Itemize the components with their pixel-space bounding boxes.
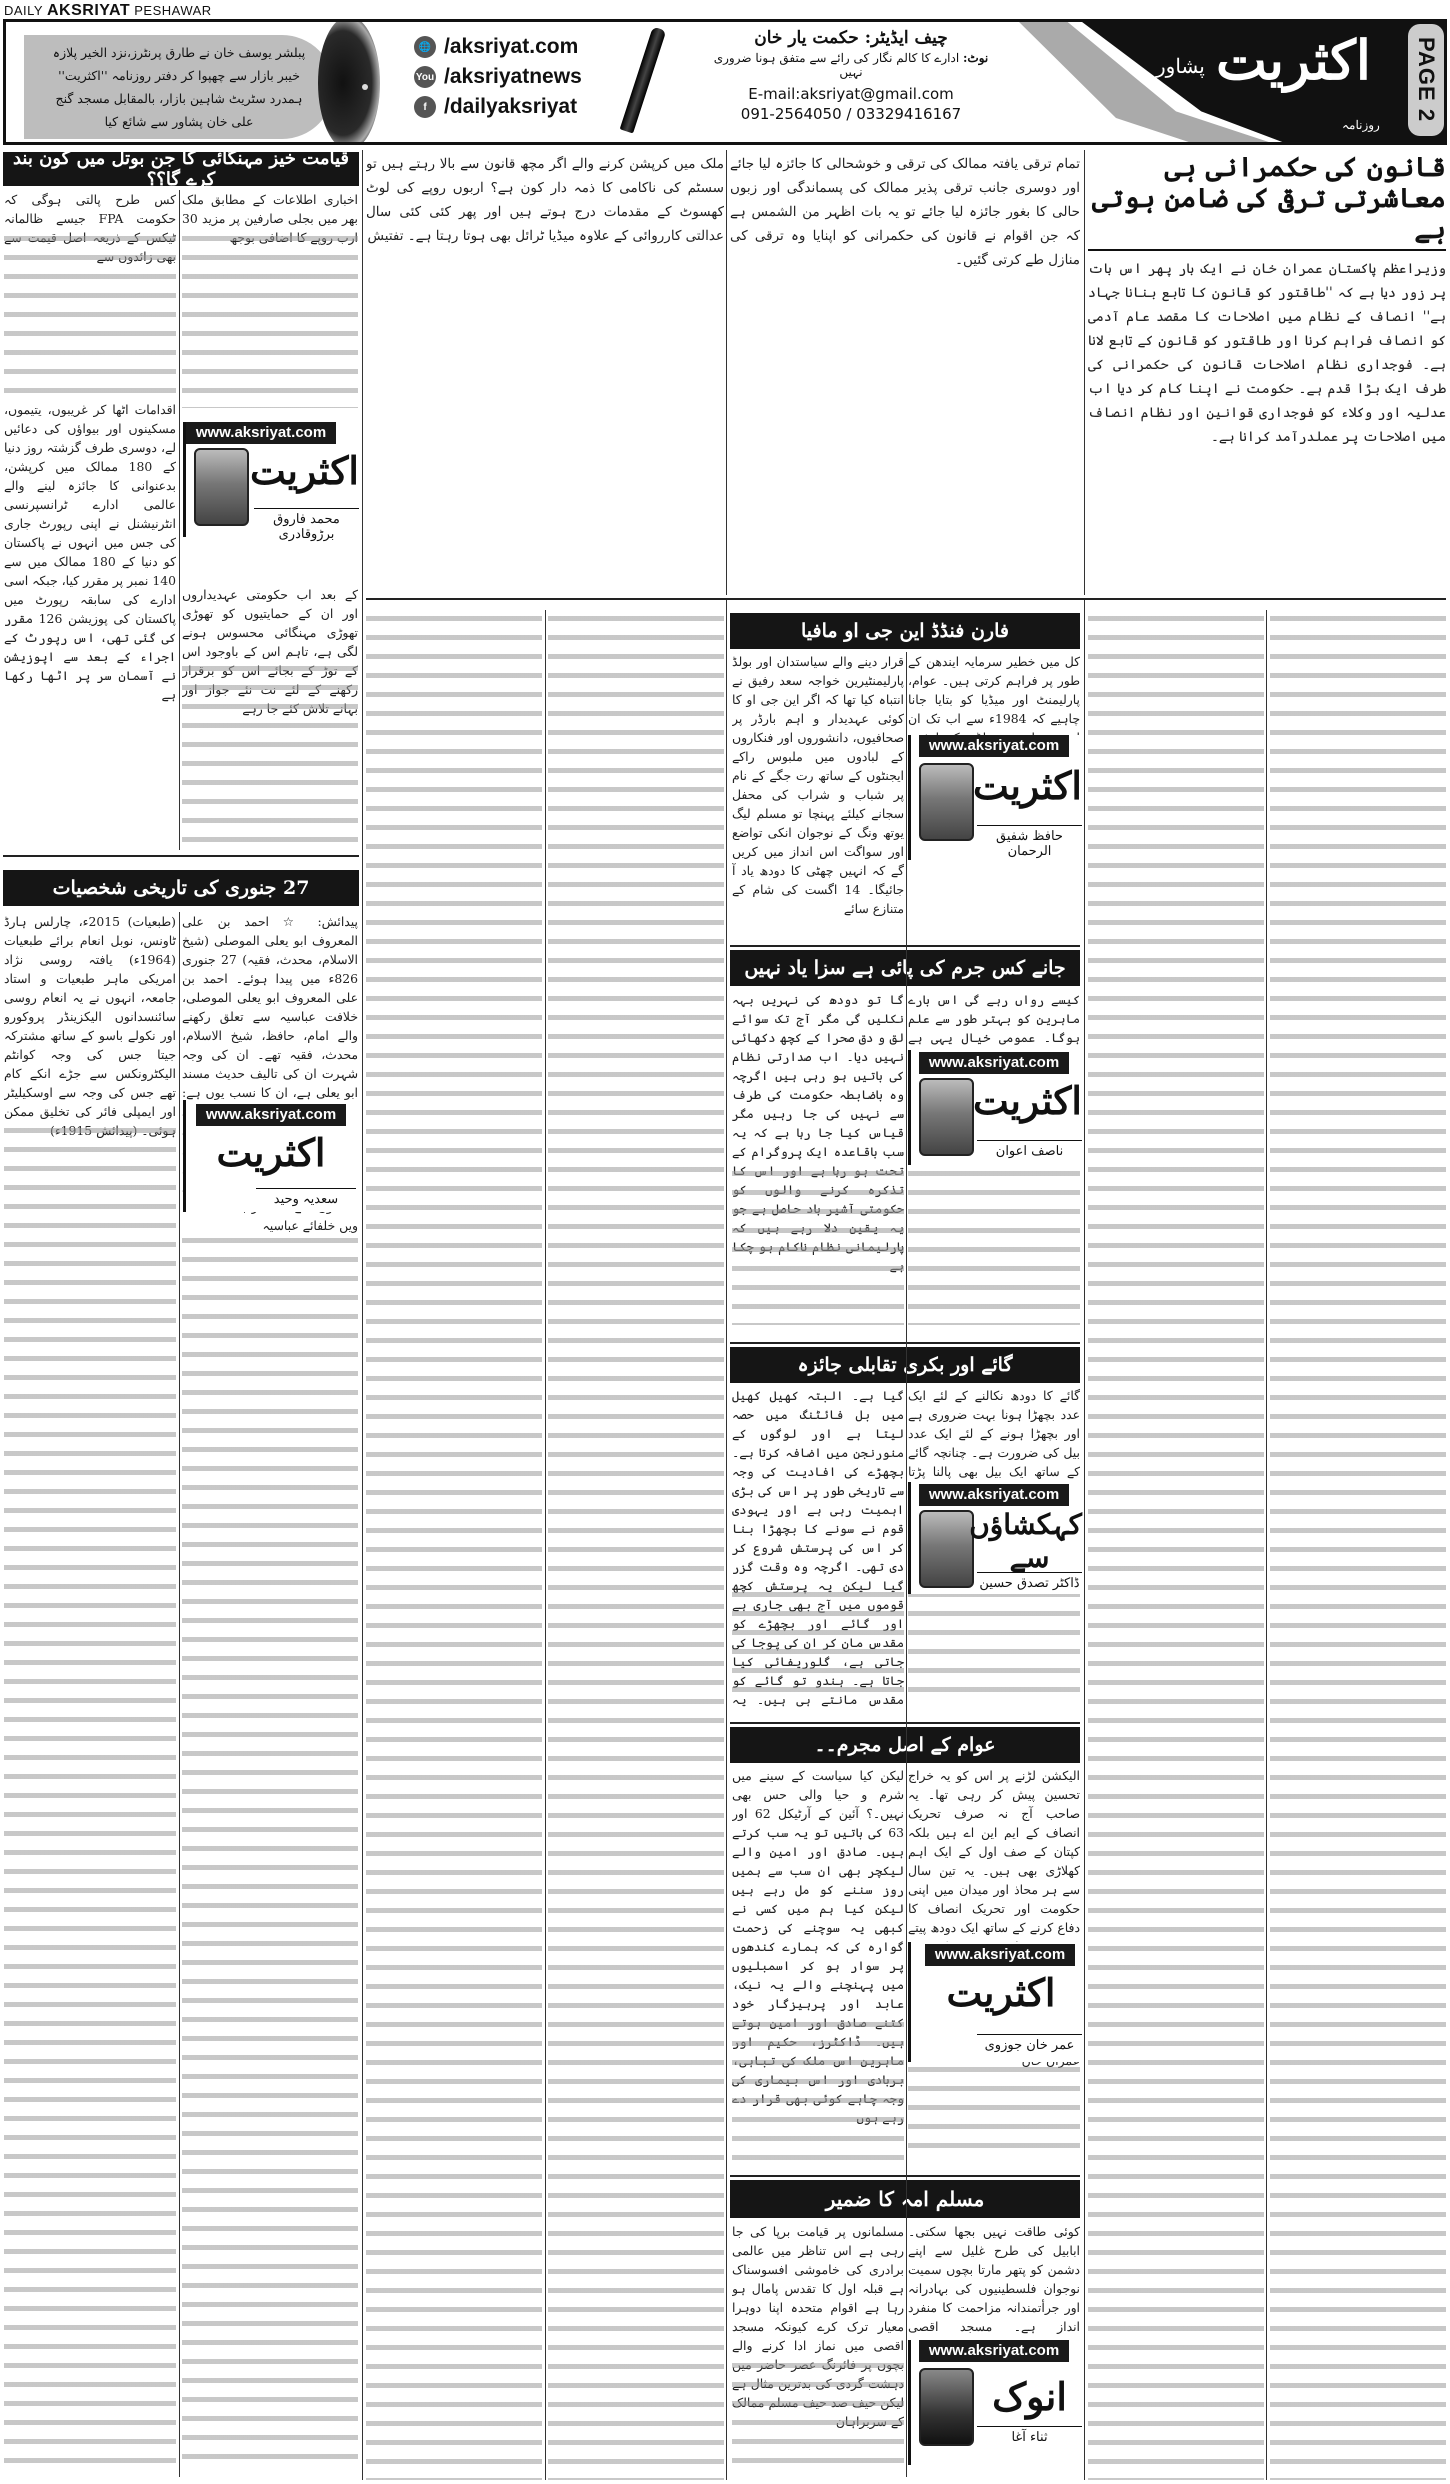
article-headline: عوام کے اصل مجرم۔۔ xyxy=(730,1727,1080,1763)
article-col-left: گیا ہے۔ البتہ کھیل کھیل میں بل فائٹنگ می… xyxy=(732,1386,904,1711)
author-photo xyxy=(919,1078,974,1156)
inflation-headline: قیامت خیز مہنگائی کا جن بوتل میں کون بند… xyxy=(3,152,359,186)
facebook-icon: f xyxy=(414,96,436,118)
editorial-column-3: ملک میں کرپشن کرنے والے اگر مچھ قانون سے… xyxy=(366,152,724,592)
author-photo xyxy=(919,2368,974,2446)
chief-editor: چیف ایڈیٹر: حکمت یار خان xyxy=(711,28,991,48)
author-name: ناصف اعوان xyxy=(977,1140,1082,1159)
history-col-left: (طبعیات) 2015ء، چارلس ہارڈ ٹاونس، نوبل ا… xyxy=(4,912,176,2477)
note-label: نوٹ: xyxy=(963,51,988,65)
section-divider xyxy=(366,598,1446,600)
social-website[interactable]: 🌐 /aksriyat.com xyxy=(414,32,582,62)
newspaper-name-line: DAILY AKSRIYAT PESHAWAR xyxy=(4,2,212,18)
publisher-box: پبلشر یوسف خان نے طارق پرنٹرز،نزد الخیر … xyxy=(24,35,334,139)
inflation-col-left: کس طرح پالتی ہوگی کہ حکومت FPA جیسے ظالم… xyxy=(4,190,176,850)
byline-url[interactable]: www.aksriyat.com xyxy=(925,1944,1075,1966)
column-divider xyxy=(545,610,546,2480)
topline-brand: AKSRIYAT xyxy=(47,2,130,19)
disc-center xyxy=(362,84,368,90)
editorial-column-2: تمام ترقی یافتہ ممالک کی ترقی و خوشحالی … xyxy=(730,152,1080,592)
author-photo xyxy=(919,1510,974,1588)
article-col-left: لیکن کیا سیاست کے سینے میں شرم و حیا وال… xyxy=(732,1766,904,2166)
page-number-badge: PAGE 2 xyxy=(1408,24,1444,136)
byline-box: www.aksriyat.com کہکشاؤں سے ڈاکٹر تصدق ح… xyxy=(908,1482,1080,1594)
website-link[interactable]: /aksriyat.com xyxy=(444,35,578,59)
section-divider xyxy=(730,1342,1080,1344)
author-photo xyxy=(194,448,249,526)
byline-url[interactable]: www.aksriyat.com xyxy=(919,1052,1069,1074)
author-name: ڈاکٹر تصدق حسین xyxy=(977,1572,1082,1591)
byline-url[interactable]: www.aksriyat.com xyxy=(186,422,336,444)
inflation-body-left: اقدامات اٹھا کر غریبوں، یتیموں، مسکینوں … xyxy=(4,400,176,704)
byline-logo: اکثریت xyxy=(977,1078,1082,1123)
editorial-intro: وزیراعظم پاکستان عمران خان نے ایک بار پھ… xyxy=(1088,257,1446,449)
page-label: PAGE 2 xyxy=(1413,37,1439,122)
social-facebook[interactable]: f /dailyaksriyat xyxy=(414,92,582,122)
byline-box: www.aksriyat.com انوک ثناء آغا xyxy=(908,2340,1080,2465)
social-links: 🌐 /aksriyat.com You /aksriyatnews f /dai… xyxy=(414,32,582,122)
disc-decoration xyxy=(318,19,380,145)
section-divider xyxy=(730,2175,1080,2177)
byline-box: www.aksriyat.com اکثریت محمد فاروق برڑوق… xyxy=(183,422,358,537)
section-divider xyxy=(3,855,359,857)
newspaper-logo: اکثریت xyxy=(1216,28,1371,92)
byline-url[interactable]: www.aksriyat.com xyxy=(919,1484,1069,1506)
byline-url[interactable]: www.aksriyat.com xyxy=(196,1104,346,1126)
author-name: سعدیہ وحید xyxy=(256,1188,356,1207)
byline-logo: اکثریت xyxy=(977,763,1082,808)
youtube-link[interactable]: /aksriyatnews xyxy=(444,65,582,89)
byline-url[interactable]: www.aksriyat.com xyxy=(919,2340,1069,2362)
byline-box: www.aksriyat.com اکثریت ناصف اعوان xyxy=(908,1050,1080,1165)
phone-numbers: 091-2564050 / 03329416167 xyxy=(711,105,991,123)
article-col-left: قرار دینے والے سیاستدان اور بولڈ پارلیمن… xyxy=(732,652,904,927)
social-youtube[interactable]: You /aksriyatnews xyxy=(414,62,582,92)
byline-logo: اکثریت xyxy=(921,1970,1081,2015)
email[interactable]: E-mail:aksriyat@gmail.com xyxy=(711,85,991,103)
column-divider xyxy=(906,652,907,2477)
disclaimer-note: نوٹ: ادارے کا کالم نگار کی رائے سے متفق … xyxy=(711,51,991,79)
article-headline: مسلم امہ کا ضمیر xyxy=(730,2180,1080,2218)
section-divider xyxy=(730,945,1080,947)
editorial-para2: تمام ترقی یافتہ ممالک کی ترقی و خوشحالی … xyxy=(730,152,1080,272)
history-col-left-text: (طبعیات) 2015ء، چارلس ہارڈ ٹاونس، نوبل ا… xyxy=(4,912,176,1140)
pen-icon xyxy=(620,26,667,133)
facebook-link[interactable]: /dailyaksriyat xyxy=(444,95,577,119)
column-divider xyxy=(362,150,363,2480)
logo-daily: روزنامہ xyxy=(1342,118,1380,132)
globe-icon: 🌐 xyxy=(414,36,436,58)
article-headline: گائے اور بکری تقابلی جائزہ xyxy=(730,1347,1080,1383)
publisher-note: پبلشر یوسف خان نے طارق پرنٹرز،نزد الخیر … xyxy=(44,41,314,133)
editorial-column: قانون کی حکمرانی ہی معاشرتی ترقی کی ضامن… xyxy=(1088,152,1446,592)
article-col-left: مسلمانوں پر قیامت برپا کی جا رہی ہے اس ت… xyxy=(732,2222,904,2477)
byline-logo: اکثریت xyxy=(196,1130,346,1175)
byline-logo: انوک xyxy=(977,2374,1082,2419)
byline-logo: اکثریت xyxy=(254,448,359,493)
byline-url[interactable]: www.aksriyat.com xyxy=(919,735,1069,757)
author-name: ثناء آغا xyxy=(977,2426,1082,2445)
topline-suffix: PESHAWAR xyxy=(134,3,211,18)
byline-box: www.aksriyat.com اکثریت حافظ شفیق الرحما… xyxy=(908,735,1080,860)
masthead: پبلشر یوسف خان نے طارق پرنٹرز،نزد الخیر … xyxy=(3,19,1447,145)
note-text: ادارے کا کالم نگار کی رائے سے متفق ہونا … xyxy=(714,51,959,79)
article-headline: جانے کس جرم کی پائی ہے سزا یاد نہیں xyxy=(730,950,1080,986)
logo-city: پشاور xyxy=(1156,54,1205,78)
editorial-title: قانون کی حکمرانی ہی معاشرتی ترقی کی ضامن… xyxy=(1088,152,1446,251)
column-divider xyxy=(726,600,727,2480)
section-divider xyxy=(730,1722,1080,1724)
right-body xyxy=(1088,610,1446,2480)
article-col-left: گا تو دودھ کی نہریں بہہ نکلیں گی مگر آج … xyxy=(732,990,904,1330)
author-name: محمد فاروق برڑوقادری xyxy=(254,508,359,542)
editorial-para3: ملک میں کرپشن کرنے والے اگر مچھ قانون سے… xyxy=(366,152,724,248)
editor-info: چیف ایڈیٹر: حکمت یار خان نوٹ: ادارے کا ک… xyxy=(711,28,991,123)
article-text: قرار دینے والے سیاستدان اور بولڈ پارلیمن… xyxy=(732,652,904,918)
column-divider xyxy=(179,190,180,850)
column-divider xyxy=(1084,600,1085,2480)
article-headline: فارن فنڈڈ این جی او مافیا xyxy=(730,613,1080,649)
column-divider xyxy=(179,912,180,2477)
history-headline: 27 جنوری کی تاریخی شخصیات xyxy=(3,870,359,906)
column-divider xyxy=(1084,150,1085,595)
byline-box: www.aksriyat.com اکثریت سعدیہ وحید xyxy=(183,1100,358,1212)
author-name: حافظ شفیق الرحمان xyxy=(977,825,1082,859)
author-photo xyxy=(919,763,974,841)
column-divider xyxy=(1266,610,1267,2480)
byline-logo: کہکشاؤں سے xyxy=(977,1508,1082,1574)
youtube-icon: You xyxy=(414,66,436,88)
topline-prefix: DAILY xyxy=(4,3,43,18)
column-divider xyxy=(726,150,727,595)
byline-box: www.aksriyat.com اکثریت عمر خان جوزوی xyxy=(908,1942,1080,2062)
author-name: عمر خان جوزوی xyxy=(977,2034,1082,2053)
